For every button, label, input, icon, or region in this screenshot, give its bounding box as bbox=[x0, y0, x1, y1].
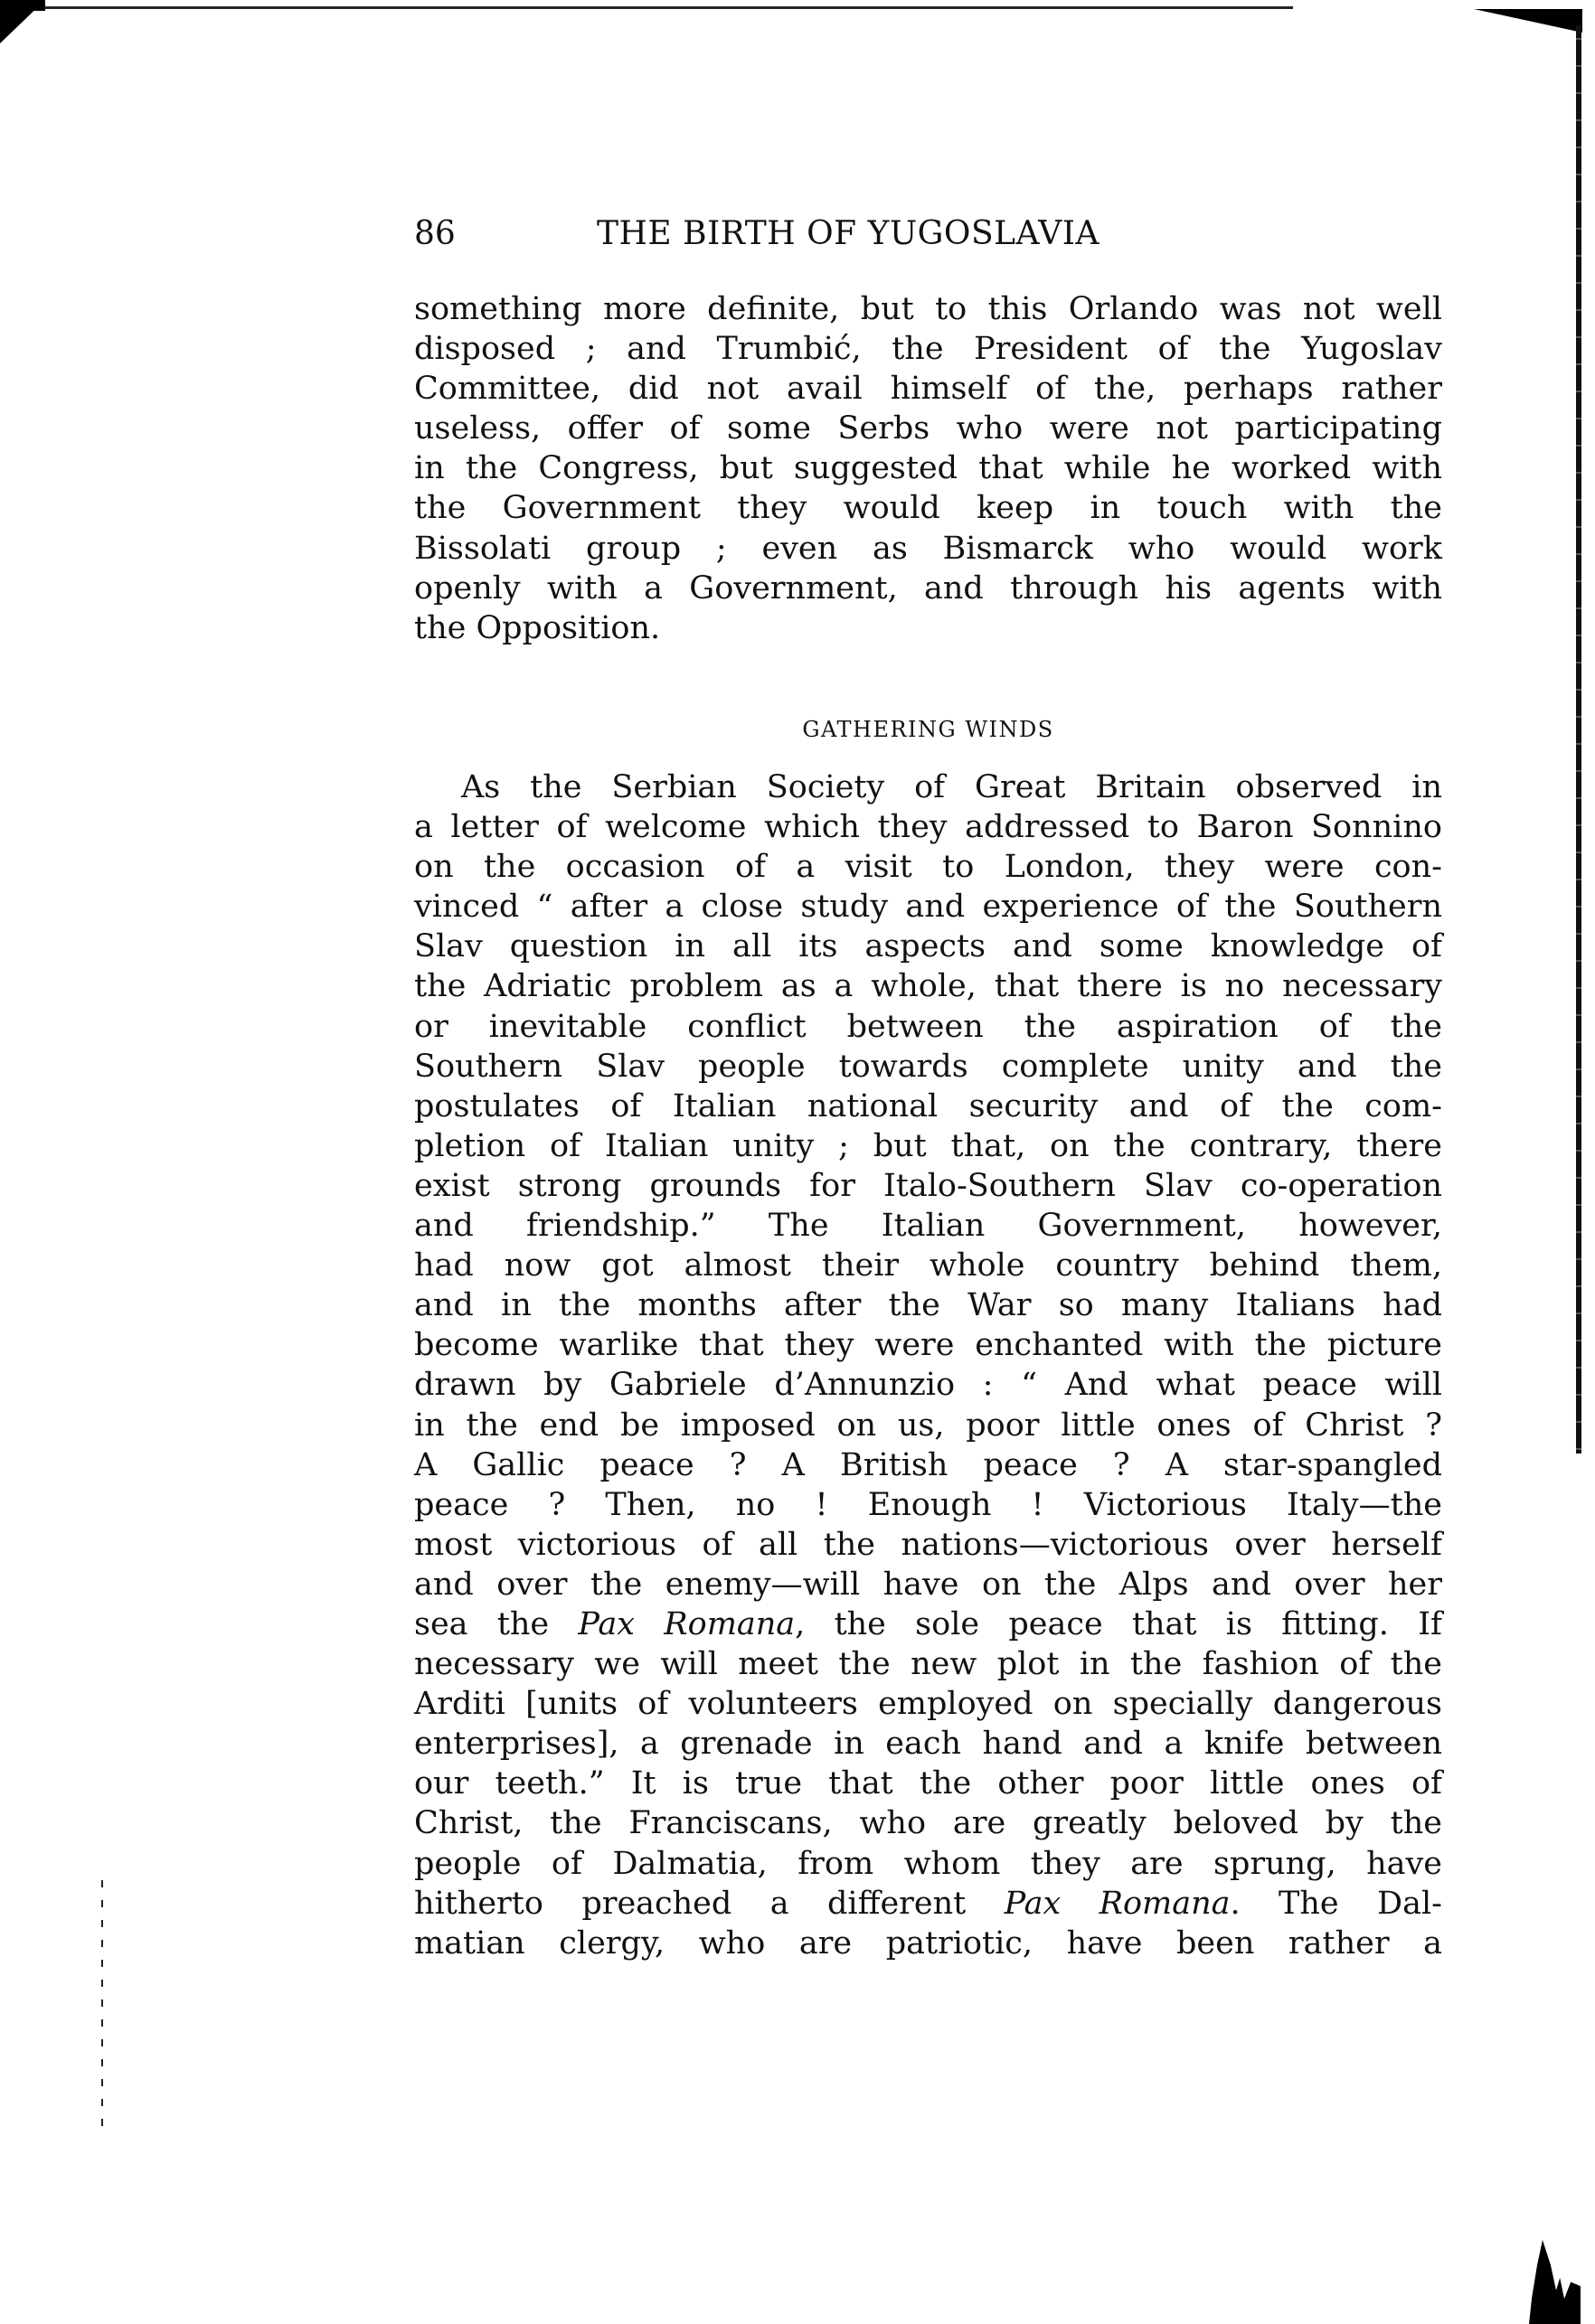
text-segment: sea the bbox=[414, 1606, 578, 1642]
text-line: peace ? Then, no ! Enough ! Victorious I… bbox=[414, 1485, 1442, 1525]
italic-term: Pax Romana bbox=[1005, 1886, 1231, 1922]
text-line: something more definite, but to this Orl… bbox=[414, 289, 1442, 329]
text-line: enterprises], a grenade in each hand and… bbox=[414, 1724, 1442, 1764]
text-line: Slav question in all its aspects and som… bbox=[414, 927, 1442, 966]
paragraph-1: something more definite, but to this Orl… bbox=[414, 289, 1442, 648]
text-line: and friendship.” The Italian Government,… bbox=[414, 1206, 1442, 1246]
text-line: Christ, the Franciscans, who are greatly… bbox=[414, 1803, 1442, 1843]
text-line: Bissolati group ; even as Bismarck who w… bbox=[414, 529, 1442, 569]
text-line: Committee, did not avail himself of the,… bbox=[414, 369, 1442, 409]
running-head: 86 THE BIRTH OF YUGOSLAVIA bbox=[414, 212, 1442, 257]
section-heading: GATHERING WINDS bbox=[414, 714, 1442, 745]
text-line: pletion of Italian unity ; but that, on … bbox=[414, 1126, 1442, 1166]
text-line: and over the enemy—will have on the Alps… bbox=[414, 1565, 1442, 1604]
text-line: matian clergy, who are patriotic, have b… bbox=[414, 1924, 1442, 1963]
text-line: hitherto preached a different Pax Romana… bbox=[414, 1884, 1442, 1924]
text-line: Arditi [units of volunteers employed on … bbox=[414, 1684, 1442, 1724]
text-line: postulates of Italian national security … bbox=[414, 1087, 1442, 1126]
running-title: THE BIRTH OF YUGOSLAVIA bbox=[597, 212, 1100, 257]
scan-edge-top bbox=[36, 6, 1293, 9]
text-segment: , the sole peace that is fitting. If bbox=[795, 1606, 1442, 1642]
scan-corner-top-right bbox=[1474, 9, 1582, 33]
text-line: the Adriatic problem as a whole, that th… bbox=[414, 966, 1442, 1006]
text-line: in the end be imposed on us, poor little… bbox=[414, 1406, 1442, 1445]
text-line: useless, offer of some Serbs who were no… bbox=[414, 409, 1442, 448]
text-line: most victorious of all the nations—victo… bbox=[414, 1525, 1442, 1565]
text-line: sea the Pax Romana, the sole peace that … bbox=[414, 1604, 1442, 1644]
text-line: exist strong grounds for Italo-Southern … bbox=[414, 1166, 1442, 1206]
text-line: vinced “ after a close study and experie… bbox=[414, 887, 1442, 927]
text-line: Southern Slav people towards complete un… bbox=[414, 1047, 1442, 1087]
text-line: a letter of welcome which they addressed… bbox=[414, 807, 1442, 847]
text-segment: hitherto preached a different bbox=[414, 1886, 1005, 1922]
scan-corner-bottom-right bbox=[1526, 2240, 1581, 2324]
text-line: in the Congress, but suggested that whil… bbox=[414, 448, 1442, 488]
scan-edge-right bbox=[1576, 25, 1581, 1454]
text-line: As the Serbian Society of Great Britain … bbox=[414, 767, 1442, 807]
text-line: had now got almost their whole country b… bbox=[414, 1246, 1442, 1285]
italic-term: Pax Romana bbox=[578, 1606, 795, 1642]
text-segment: . The Dal- bbox=[1231, 1886, 1442, 1922]
text-line: our teeth.” It is true that the other po… bbox=[414, 1764, 1442, 1803]
text-line: people of Dalmatia, from whom they are s… bbox=[414, 1844, 1442, 1884]
text-line: necessary we will meet the new plot in t… bbox=[414, 1644, 1442, 1684]
text-line: the Opposition. bbox=[414, 608, 1442, 648]
text-line: A Gallic peace ? A British peace ? A sta… bbox=[414, 1445, 1442, 1485]
text-line: or inevitable conflict between the aspir… bbox=[414, 1007, 1442, 1047]
paragraph-2: As the Serbian Society of Great Britain … bbox=[414, 767, 1442, 1963]
text-line: the Government they would keep in touch … bbox=[414, 488, 1442, 528]
text-line: openly with a Government, and through hi… bbox=[414, 569, 1442, 608]
text-line: on the occasion of a visit to London, th… bbox=[414, 847, 1442, 887]
text-line: disposed ; and Trumbić, the President of… bbox=[414, 329, 1442, 369]
text-line: and in the months after the War so many … bbox=[414, 1285, 1442, 1325]
text-line: become warlike that they were enchanted … bbox=[414, 1325, 1442, 1365]
page-number: 86 bbox=[414, 212, 456, 257]
scan-noise-left bbox=[101, 1880, 103, 2133]
text-line: drawn by Gabriele d’Annunzio : “ And wha… bbox=[414, 1365, 1442, 1405]
